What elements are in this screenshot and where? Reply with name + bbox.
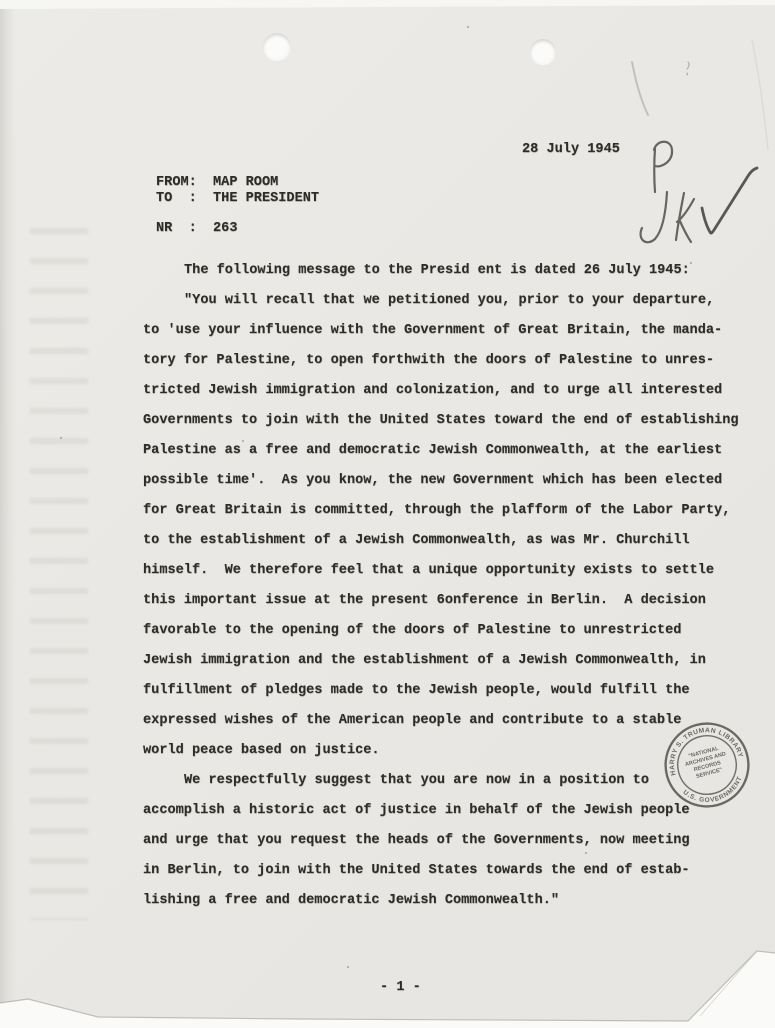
- body-line: tory for Palestine, to open forthwith th…: [143, 346, 773, 376]
- top-scan-backing: [0, 0, 775, 9]
- body-line: to the establishment of a Jewish Commonw…: [143, 526, 773, 556]
- header-nr-row: NR :263: [156, 214, 319, 230]
- to-value: THE PRESIDENT: [213, 191, 319, 206]
- punch-hole: [530, 39, 556, 65]
- scanned-document-page: 28 July 1945 FROM:MAP ROOM TO :THE PRESI…: [0, 0, 775, 1028]
- dust-speck: [690, 262, 692, 264]
- pencil-smudge: [687, 62, 689, 75]
- body-line: fulfillment of pledges made to the Jewis…: [143, 676, 773, 706]
- initial-K: [676, 193, 694, 242]
- dust-speck: [585, 852, 587, 854]
- nr-value: 263: [213, 221, 237, 236]
- body-line: himself. We therefore feel that a unique…: [143, 556, 773, 586]
- body-line: "You will recall that we petitioned you,…: [143, 286, 773, 316]
- body-line: for Great Britain is committed, through …: [143, 496, 773, 526]
- header-to-row: TO :THE PRESIDENT: [156, 184, 319, 200]
- message-header: FROM:MAP ROOM TO :THE PRESIDENT NR :263: [156, 168, 319, 230]
- body-line: to 'use your influence with the Governme…: [143, 316, 773, 346]
- initial-P: [654, 142, 672, 192]
- body-line: Palestine as a free and democratic Jewis…: [143, 436, 773, 466]
- nr-label: NR :: [156, 214, 213, 244]
- body-line: this important issue at the present 6onf…: [143, 586, 773, 616]
- dust-speck: [242, 440, 244, 442]
- header-from-row: FROM:MAP ROOM: [156, 168, 319, 184]
- body-line: possible time'. As you know, the new Gov…: [143, 466, 773, 496]
- corner-fold-crease: [700, 951, 757, 1016]
- pencil-faint-stroke: [632, 62, 648, 115]
- page-number: - 1 -: [380, 973, 421, 1003]
- initial-V: [702, 168, 757, 233]
- body-line: and urge that you request the heads of t…: [143, 826, 773, 856]
- dust-speck: [60, 437, 62, 439]
- dust-speck: [347, 966, 349, 968]
- initial-J: [641, 192, 667, 242]
- body-line: in Berlin, to join with the United State…: [143, 856, 773, 886]
- dust-speck: [467, 26, 469, 28]
- body-line: lishing a free and democratic Jewish Com…: [143, 886, 773, 916]
- handwritten-initials: [598, 38, 773, 268]
- bleed-through-text-ghosting: [30, 228, 88, 920]
- body-line: Governments to join with the United Stat…: [143, 406, 773, 436]
- body-line: favorable to the opening of the doors of…: [143, 616, 773, 646]
- punch-hole: [263, 33, 291, 61]
- body-line: Jewish immigration and the establishment…: [143, 646, 773, 676]
- body-line: tricted Jewish immigration and colonizat…: [143, 376, 773, 406]
- paper-left-edge-shadow: [0, 0, 16, 1028]
- to-label: TO :: [156, 184, 213, 214]
